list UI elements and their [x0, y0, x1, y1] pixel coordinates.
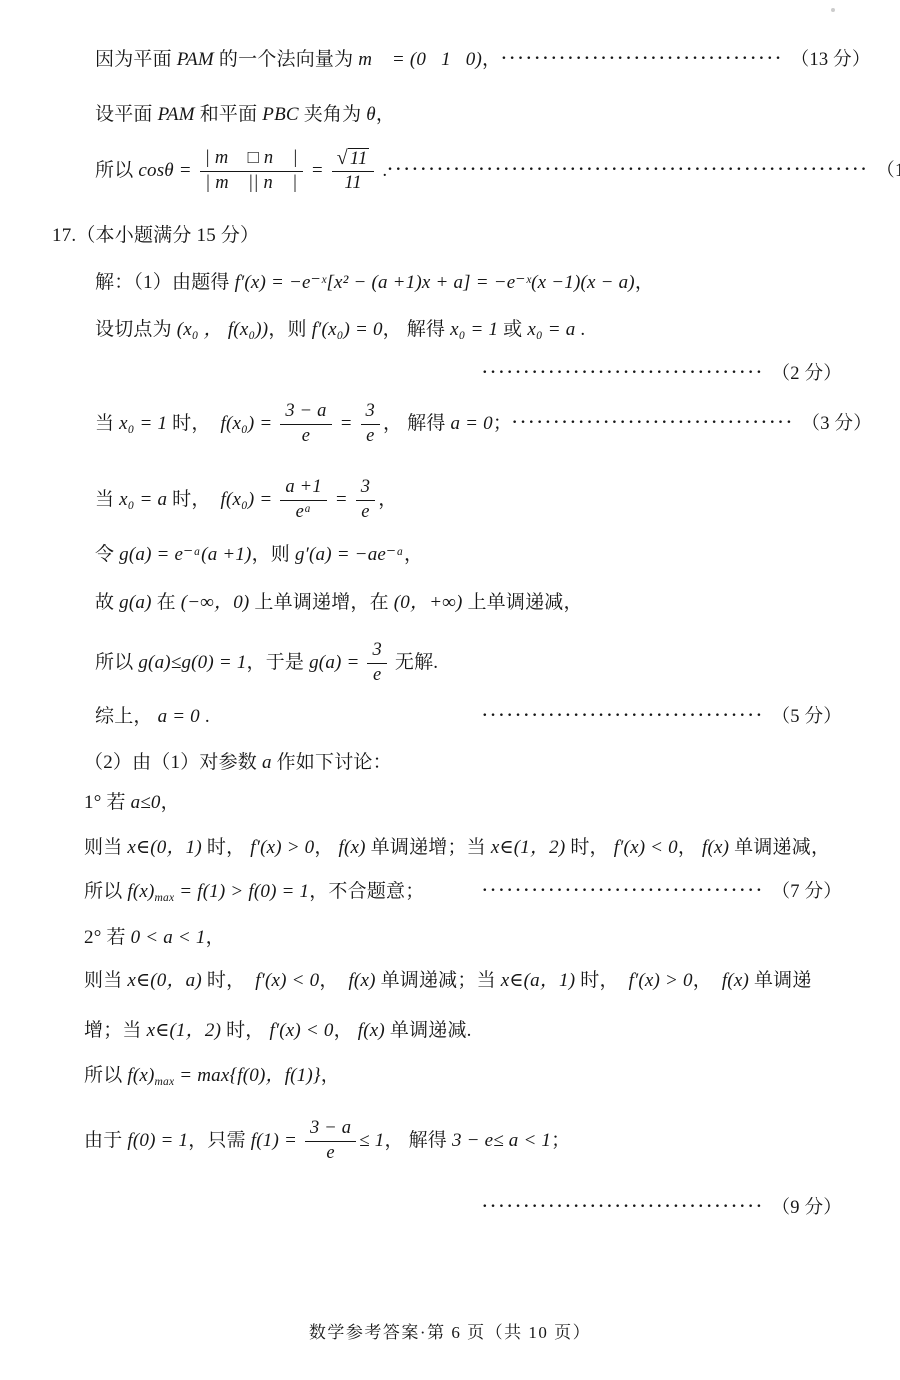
- math-segment: f(x): [722, 969, 749, 994]
- math-segment: g(a): [119, 591, 151, 616]
- fraction-numerator: 3: [367, 640, 386, 663]
- text-segment: 作如下讨论：: [272, 751, 392, 776]
- fraction-denominator: e: [326, 1142, 334, 1164]
- text-segment: 单调递减；当: [376, 969, 501, 994]
- math-segment: f′(x) = −e⁻ˣ[x² − (a +1)x + a] = −e⁻ˣ(x …: [235, 271, 635, 296]
- line-q17-header: 17.（本小题满分 15 分）: [52, 224, 842, 249]
- math-segment: x∈(1，2): [147, 1019, 222, 1044]
- leader-dots: ••••••••••••••••••••••••••••••••••: [482, 1202, 765, 1214]
- dotted-leader: •••••••••••••••••••••••••••••••••• （2 分）: [482, 362, 842, 386]
- math-segment: PBC: [262, 103, 299, 128]
- text-segment: 时，: [202, 969, 255, 994]
- sqrt-sign: √: [337, 148, 348, 169]
- score-label: （15 分）: [876, 159, 900, 183]
- text-segment: 因为平面: [95, 48, 177, 73]
- text-segment: 令: [95, 543, 119, 568]
- line-cos-theta: 所以 cosθ = | m⃗ □ n⃗ | | m⃗ || n⃗ | = √11…: [95, 140, 842, 202]
- text-segment: ， 解得: [383, 412, 451, 437]
- math-segment: x₀ = 1: [450, 318, 498, 343]
- dotted-leader: •••••••••••••••••••••••••••••••••• （5 分）: [482, 705, 842, 729]
- math-segment: f(x): [127, 1064, 154, 1089]
- math-segment: (x₀ ， f(x₀)): [177, 318, 269, 343]
- text-segment: 故: [95, 591, 119, 616]
- text-segment: 时，: [202, 836, 250, 861]
- fraction-denominator: | m⃗ || n⃗ |: [205, 172, 297, 194]
- math-segment: x₀ = a: [119, 488, 167, 513]
- text-segment: 上单调递增，在: [249, 591, 393, 616]
- fraction: 3 e: [356, 477, 375, 523]
- line-set-angle: 设平面 PAM 和平面 PBC 夹角为 θ ，: [95, 103, 842, 128]
- leader-dots: ••••••••••••••••••••••••••••••••••: [512, 418, 795, 430]
- text-segment: 综上，: [95, 705, 158, 730]
- fraction-numerator: 3 − a: [305, 1118, 356, 1141]
- line-case1-conclusion: 所以 f(x) max = f(1) > f(0) = 1 ，不合题意； •••…: [84, 880, 842, 905]
- line-case2-analysis-2: 增；当 x∈(1，2) 时， f′(x) < 0 ， f(x) 单调递减.: [84, 1019, 842, 1044]
- text-segment: 单调递减.: [385, 1019, 472, 1044]
- score-label: （5 分）: [772, 705, 842, 729]
- text-segment: .: [575, 318, 585, 343]
- fraction-denominator: eᵃ: [296, 501, 312, 523]
- math-segment: θ: [366, 103, 376, 128]
- math-segment: a = 0: [158, 705, 200, 730]
- text-segment: 2° 若: [84, 926, 131, 951]
- text-segment: （2）由（1）对参数: [84, 751, 262, 776]
- text-segment: 设切点为: [95, 318, 177, 343]
- dotted-leader: •••••••••••••••••••••••••••••••••• （13 分…: [501, 48, 870, 72]
- text-segment: .: [200, 705, 210, 730]
- text-segment: ；: [493, 412, 512, 437]
- math-segment: (0，+∞): [394, 591, 463, 616]
- fraction-denominator: 11: [344, 172, 362, 194]
- math-segment: f(x): [358, 1019, 385, 1044]
- math-segment: f′(x) < 0: [255, 969, 319, 994]
- text-segment: 所以: [95, 651, 138, 676]
- math-segment: f′(x₀) = 0: [312, 318, 383, 343]
- leader-dots: ••••••••••••••••••••••••••••••••••••••••…: [387, 165, 869, 177]
- line-tangent-point: 设切点为 (x₀ ， f(x₀)) ，则 f′(x₀) = 0 ， 解得 x₀ …: [95, 318, 842, 343]
- text-segment: 1° 若: [84, 791, 131, 816]
- fraction: 3 − a e: [280, 401, 331, 447]
- text-segment: 单调递: [749, 969, 812, 994]
- page-footer: 数学参考答案·第 6 页（共 10 页）: [0, 1318, 900, 1343]
- fraction: 3 − a e: [305, 1118, 356, 1164]
- math-segment: x₀ = 1: [119, 412, 167, 437]
- max-subscript: max: [155, 891, 175, 906]
- text-segment: ， 解得: [383, 318, 451, 343]
- text-segment: ，: [376, 103, 395, 128]
- text-segment: 则当: [84, 969, 127, 994]
- text-segment: ，: [678, 836, 702, 861]
- text-segment: 单调递增；当: [366, 836, 491, 861]
- line-g-no-solution: 所以 g(a)≤g(0) = 1 ，于是 g(a) = 3 e 无解.: [95, 634, 842, 692]
- fraction-numerator: | m⃗ □ n⃗ |: [200, 148, 303, 171]
- text-segment: 在: [152, 591, 181, 616]
- text-segment: 所以: [84, 1064, 127, 1089]
- text-segment: ，: [206, 926, 225, 951]
- text-segment: 和平面: [195, 103, 263, 128]
- text-segment: ，则: [252, 543, 295, 568]
- dotted-leader: •••••••••••••••••••••••••••••••••• （3 分）: [512, 412, 872, 436]
- max-subscript: max: [155, 1075, 175, 1090]
- text-segment: 设平面: [95, 103, 158, 128]
- line-score-2: •••••••••••••••••••••••••••••••••• （2 分）: [95, 362, 842, 386]
- fraction-numerator: 3: [356, 477, 375, 500]
- line-normal-vector: 因为平面 PAM 的一个法向量为 m⃗ = (0，1，0) ， ••••••••…: [95, 48, 842, 73]
- text-segment: ，: [319, 969, 348, 994]
- text-segment: ，: [404, 543, 423, 568]
- scan-artifact-dot: [831, 8, 835, 12]
- text-segment: ，不合题意；: [309, 880, 424, 905]
- text-segment: 所以: [95, 159, 138, 184]
- text-segment: 或: [498, 318, 527, 343]
- score-label: （7 分）: [772, 880, 842, 904]
- math-segment: PAM: [177, 48, 214, 73]
- dotted-leader: •••••••••••••••••••••••••••••••••• （7 分）: [482, 880, 842, 904]
- score-label: （3 分）: [802, 412, 872, 436]
- text-segment: 无解.: [390, 651, 438, 676]
- line-part2-intro: （2）由（1）对参数 a 作如下讨论：: [84, 751, 842, 776]
- math-segment: f(x): [339, 836, 366, 861]
- text-segment: 当: [95, 412, 119, 437]
- leader-dots: ••••••••••••••••••••••••••••••••••: [482, 886, 765, 898]
- math-segment: x∈(0，1): [127, 836, 202, 861]
- text-segment: 时，: [221, 1019, 269, 1044]
- answer-sheet-page: 因为平面 PAM 的一个法向量为 m⃗ = (0，1，0) ， ••••••••…: [0, 0, 900, 1380]
- math-segment: a≤0: [131, 791, 161, 816]
- text-segment: 则当: [84, 836, 127, 861]
- text-segment: ，: [482, 48, 501, 73]
- math-segment: g(a) =: [309, 651, 364, 676]
- line-conclusion-a0: 综上， a = 0 . ••••••••••••••••••••••••••••…: [95, 705, 842, 730]
- math-segment: f(x): [348, 969, 375, 994]
- math-segment: g(a) = e⁻ᵃ(a +1): [119, 543, 251, 568]
- text-segment: 所以: [84, 880, 127, 905]
- text-segment: 时，: [167, 488, 220, 513]
- line-case2-header: 2° 若 0 < a < 1 ，: [84, 926, 842, 951]
- math-segment: g′(a) = −ae⁻ᵃ: [295, 543, 404, 568]
- fraction-denominator: e: [302, 425, 310, 447]
- text-segment: 时，: [575, 969, 628, 994]
- math-segment: x∈(a，1): [501, 969, 576, 994]
- fraction-numerator: √11: [332, 148, 375, 172]
- text-segment: 时，: [565, 836, 613, 861]
- line-score-9: •••••••••••••••••••••••••••••••••• （9 分）: [84, 1196, 842, 1220]
- leader-dots: ••••••••••••••••••••••••••••••••••: [482, 711, 765, 723]
- leader-dots: ••••••••••••••••••••••••••••••••••: [482, 368, 765, 380]
- math-segment: f′(x) < 0: [614, 836, 678, 861]
- math-segment: a: [262, 751, 272, 776]
- fraction: a +1 eᵃ: [280, 477, 326, 523]
- dotted-leader: •••••••••••••••••••••••••••••••••• （9 分）: [482, 1196, 842, 1220]
- text-segment: .: [377, 159, 387, 184]
- line-case-x0-a: 当 x₀ = a 时， f(x₀) = a +1 eᵃ = 3 e ，: [95, 472, 842, 528]
- text-segment: 夹角为: [299, 103, 367, 128]
- math-segment: f(x₀) =: [220, 412, 277, 437]
- line-monotonic-g: 故 g(a) 在 (−∞，0) 上单调递增，在 (0，+∞) 上单调递减，: [95, 591, 842, 616]
- math-segment: x∈(1，2): [491, 836, 566, 861]
- math-segment: f(x₀) =: [220, 488, 277, 513]
- math-segment: m⃗ = (0，1，0): [358, 48, 482, 73]
- text-segment: ，: [314, 836, 338, 861]
- score-label: （9 分）: [772, 1196, 842, 1220]
- line-define-g: 令 g(a) = e⁻ᵃ(a +1) ，则 g′(a) = −ae⁻ᵃ ，: [95, 543, 842, 568]
- fraction-denominator: e: [373, 664, 381, 686]
- math-segment: f′(x) > 0: [250, 836, 314, 861]
- math-segment: x₀ = a: [527, 318, 575, 343]
- line-case1-header: 1° 若 a≤0 ，: [84, 791, 842, 816]
- text-segment: ，: [321, 1064, 340, 1089]
- math-segment: g(a)≤g(0) = 1: [138, 651, 246, 676]
- text-segment: ， 解得: [384, 1129, 452, 1154]
- line-case-x0-1: 当 x₀ = 1 时， f(x₀) = 3 − a e = 3 e ， 解得 a…: [95, 396, 842, 452]
- math-segment: =: [330, 488, 353, 513]
- math-segment: cosθ =: [138, 159, 196, 184]
- fraction-numerator: 3: [361, 401, 380, 424]
- score-label: （13 分）: [791, 48, 871, 72]
- math-segment: f(x): [127, 880, 154, 905]
- line-case1-analysis: 则当 x∈(0，1) 时， f′(x) > 0 ， f(x) 单调递增；当 x∈…: [84, 836, 842, 861]
- math-segment: f(1) =: [251, 1129, 302, 1154]
- math-segment: = f(1) > f(0) = 1: [174, 880, 309, 905]
- text-segment: ，: [334, 1019, 358, 1044]
- math-segment: f(x): [702, 836, 729, 861]
- fraction-sqrt: √11 11: [332, 148, 375, 195]
- question-number: 17.（本小题满分 15 分）: [52, 224, 259, 249]
- text-segment: 上单调递减，: [463, 591, 583, 616]
- text-segment: 单调递减，: [729, 836, 830, 861]
- fraction-denominator: e: [366, 425, 374, 447]
- text-segment: ，: [635, 271, 654, 296]
- math-segment: =: [306, 159, 329, 184]
- fraction-denominator: e: [361, 501, 369, 523]
- math-segment: = max{f(0)，f(1)}: [174, 1064, 320, 1089]
- math-segment: f′(x) < 0: [269, 1019, 333, 1044]
- dotted-leader: ••••••••••••••••••••••••••••••••••••••••…: [387, 159, 900, 183]
- text-segment: 时，: [167, 412, 220, 437]
- math-segment: 3 − e≤ a < 1: [452, 1129, 551, 1154]
- line-case2-analysis-1: 则当 x∈(0，a) 时， f′(x) < 0 ， f(x) 单调递减；当 x∈…: [84, 969, 842, 994]
- text-segment: 当: [95, 488, 119, 513]
- score-label: （2 分）: [772, 362, 842, 386]
- fraction-numerator: a +1: [280, 477, 326, 500]
- math-segment: f(0) = 1: [127, 1129, 188, 1154]
- math-segment: =: [335, 412, 358, 437]
- text-segment: ；: [551, 1129, 570, 1154]
- fraction: 3 e: [361, 401, 380, 447]
- fraction: | m⃗ □ n⃗ | | m⃗ || n⃗ |: [200, 148, 303, 194]
- text-segment: ，: [161, 791, 180, 816]
- fraction: 3 e: [367, 640, 386, 686]
- math-segment: a = 0: [451, 412, 493, 437]
- text-segment: 增；当: [84, 1019, 147, 1044]
- text-segment: ，: [693, 969, 722, 994]
- math-segment: PAM: [158, 103, 195, 128]
- text-segment: 解：（1）由题得: [95, 271, 235, 296]
- math-segment: ≤ 1: [359, 1129, 384, 1154]
- math-segment: (−∞，0): [181, 591, 250, 616]
- math-segment: x∈(0，a): [127, 969, 202, 994]
- math-segment: f′(x) > 0: [629, 969, 693, 994]
- text-segment: 由于: [84, 1129, 127, 1154]
- text-segment: 的一个法向量为: [214, 48, 358, 73]
- line-derivative: 解：（1）由题得 f′(x) = −e⁻ˣ[x² − (a +1)x + a] …: [95, 271, 842, 296]
- text-segment: ，: [378, 488, 397, 513]
- text-segment: ，只需: [188, 1129, 251, 1154]
- line-fmax: 所以 f(x) max = max{f(0)，f(1)} ，: [84, 1064, 842, 1089]
- leader-dots: ••••••••••••••••••••••••••••••••••: [501, 54, 784, 66]
- line-solve-range: 由于 f(0) = 1 ，只需 f(1) = 3 − a e ≤ 1 ， 解得 …: [84, 1112, 842, 1170]
- text-segment: ，于是: [247, 651, 310, 676]
- text-segment: ，则: [268, 318, 311, 343]
- math-segment: 0 < a < 1: [131, 926, 206, 951]
- radicand: 11: [348, 148, 370, 170]
- fraction-numerator: 3 − a: [280, 401, 331, 424]
